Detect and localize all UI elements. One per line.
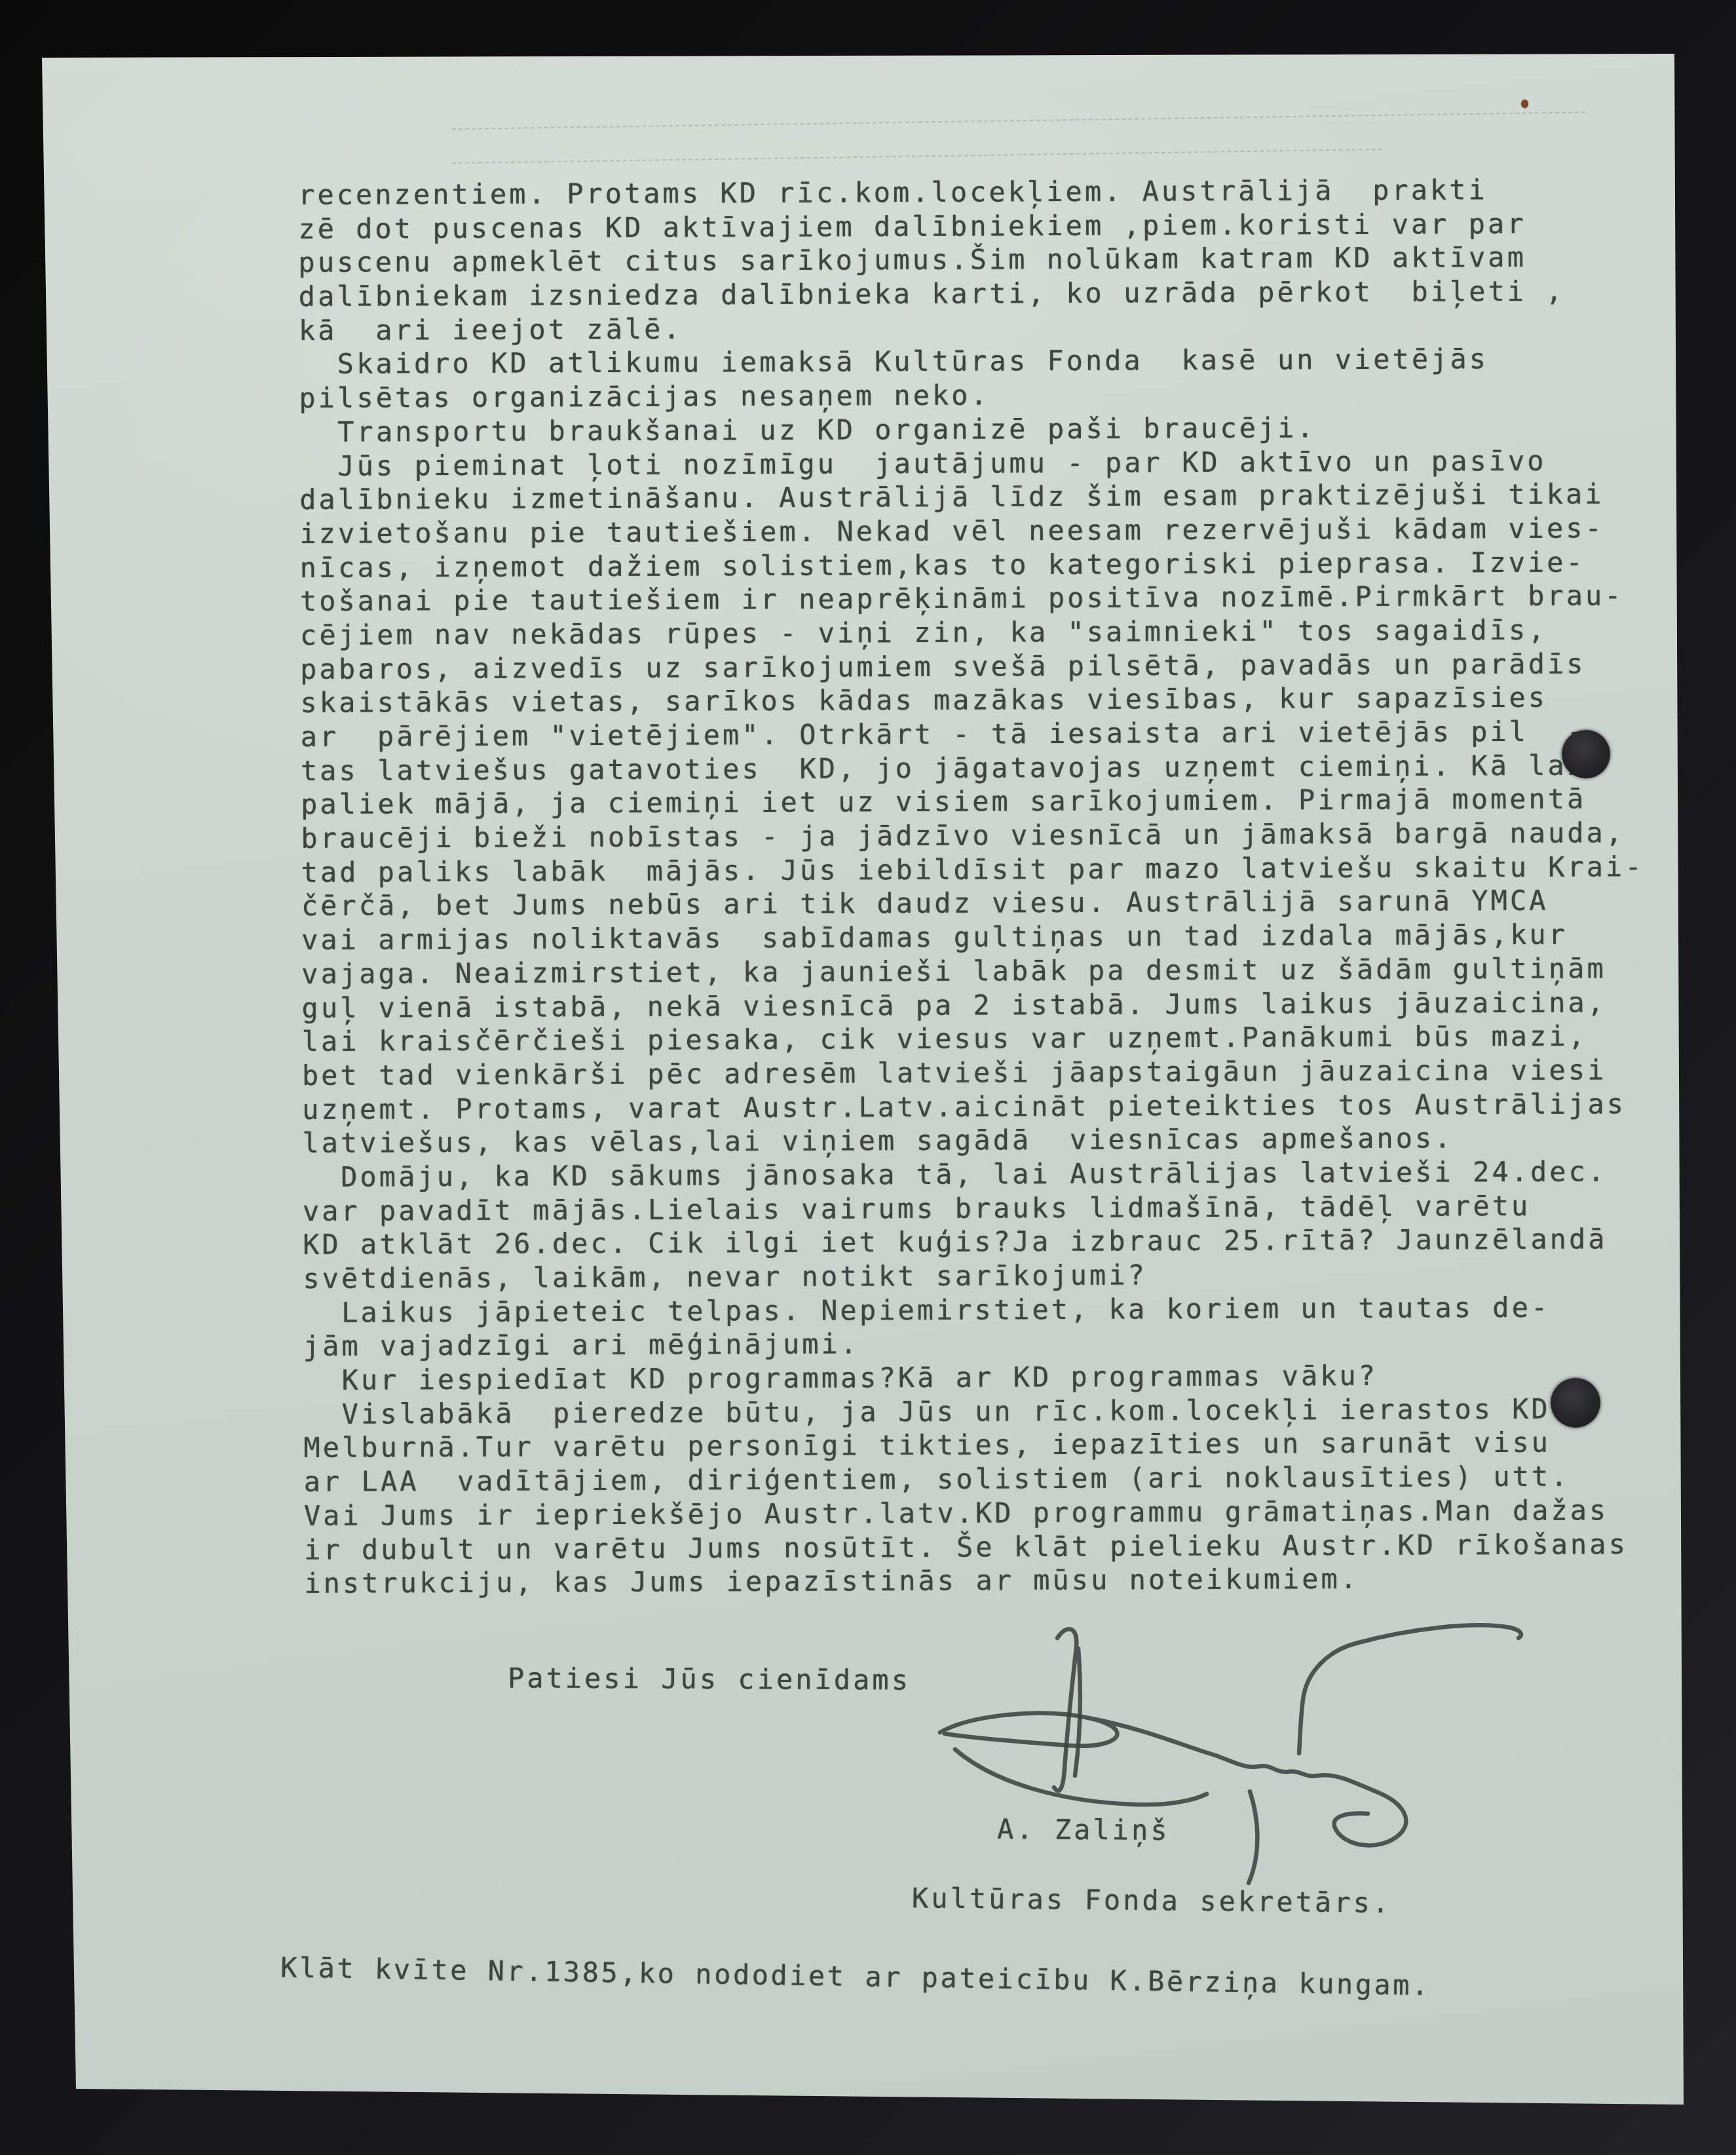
letter-line: skaistākās vietas, sarīkos kādas mazākas… (300, 680, 1689, 720)
letter-line: čērčā, bet Jums nebūs ari tik daudz vies… (301, 883, 1690, 923)
signature-name: A. Zaliņš (997, 1813, 1170, 1846)
letter-line: svētdienās, laikām, nevar notikt sarīkoj… (303, 1256, 1691, 1296)
letter-line: ar LAA vadītājiem, diriģentiem, solistie… (304, 1459, 1693, 1499)
letter-line: braucēji bieži nobīstas - ja jādzīvo vie… (301, 816, 1689, 856)
letter-line: guļ vienā istabā, nekā viesnīcā pa 2 ist… (301, 985, 1690, 1025)
letter-line: Vai Jums ir iepriekšējo Austr.latv.KD pr… (304, 1493, 1693, 1533)
letter-line: vai armijas noliktavās sabīdamas gultiņa… (301, 917, 1690, 957)
punch-hole-top (1562, 730, 1610, 778)
letter-line: Vislabākā pieredze būtu, ja Jūs un rīc.k… (303, 1391, 1692, 1431)
signature-stroke-top-flourish (1299, 1625, 1521, 1753)
letter-line: kā ari ieejot zālē. (299, 307, 1688, 347)
letter-line: recenzentiem. Protams KD rīc.kom.locekļi… (298, 172, 1687, 212)
letter-line: vajaga. Neaizmirstiet, ka jaunieši labāk… (301, 951, 1690, 991)
letter-line: KD atklāt 26.dec. Cik ilgi iet kuģis?Ja … (303, 1222, 1691, 1262)
letter-line: latviešus, kas vēlas,lai viņiem sagādā v… (302, 1120, 1691, 1160)
letter-line: zē dot puscenas KD aktīvajiem dalībnieki… (298, 206, 1687, 246)
letter-line: tošanai pie tautiešiem ir neaprēķināmi p… (300, 579, 1689, 619)
letter-line: instrukciju, kas Jums iepazīstinās ar mū… (304, 1561, 1693, 1601)
letter-line: uzņemt. Protams, varat Austr.Latv.aicinā… (302, 1086, 1691, 1126)
letter-line: puscenu apmeklēt citus sarīkojumus.Šim n… (298, 240, 1687, 280)
letter-line: jām vajadzīgi ari mēģinājumi. (303, 1324, 1692, 1364)
signature-stroke-descender (1249, 1791, 1257, 1883)
handwritten-signature-icon (917, 1597, 1539, 1889)
letter-line: cējiem nav nekādas rūpes - viņi zin, ka … (300, 613, 1689, 653)
faint-rule-line-1 (452, 111, 1585, 130)
letter-line: ir dubult un varētu Jums nosūtīt. Še klā… (304, 1527, 1693, 1567)
letter-line: Jūs pieminat ļoti nozīmīgu jautājumu - p… (299, 443, 1688, 483)
letter-line: izvietošanu pie tautiešiem. Nekad vēl ne… (299, 511, 1688, 551)
rust-spot (1521, 100, 1528, 108)
valediction: Patiesi Jūs cienīdams (508, 1662, 911, 1696)
letter-line: nīcas, izņemot dažiem solistiem,kas to k… (299, 544, 1688, 584)
paper-sheet: recenzentiem. Protams KD rīc.kom.locekļi… (0, 0, 1736, 2155)
punch-hole-bottom (1551, 1378, 1600, 1428)
letter-line: tad paliks labāk mājās. Jūs iebildīsit p… (301, 849, 1690, 889)
letter-line: var pavadīt mājās.Lielais vairums brauks… (303, 1188, 1691, 1228)
letter-line: Domāju, ka KD sākums jānosaka tā, lai Au… (303, 1154, 1691, 1194)
letter-line: tas latviešus gatavoties KD, jo jāgatavo… (301, 748, 1689, 788)
postscript-line: Klāt kvīte Nr.1385,ko nododiet ar pateic… (280, 1951, 1431, 2002)
letter-line: Kur iespiedīat KD programmas?Kā ar KD pr… (303, 1358, 1692, 1398)
letter-line: ar pārējiem "vietējiem". Otrkārt - tā ie… (301, 714, 1689, 754)
letter-line: pabaros, aizvedīs uz sarīkojumiem svešā … (300, 646, 1689, 686)
letter-line: Skaidro KD atlikumu iemaksā Kultūras Fon… (299, 341, 1688, 381)
signature-title: Kultūras Fonda sekretārs. (912, 1882, 1392, 1919)
signature-stroke-lower-sweep (955, 1749, 1207, 1804)
letter-line: dalībnieku izmetināšanu. Austrālijā līdz… (299, 477, 1688, 517)
letter-line: lai kraisčērčieši piesaka, cik viesus va… (302, 1019, 1691, 1059)
letter-line: pilsētas organizācijas nesaņem neko. (299, 375, 1688, 415)
letter-line: paliek mājā, ja ciemiņi iet uz visiem sa… (301, 782, 1689, 822)
letter-body: recenzentiem. Protams KD rīc.kom.locekļi… (298, 172, 1693, 1601)
signature-stroke-tall-loops (1054, 1629, 1080, 1791)
letter-line: bet tad vienkārši pēc adresēm latvieši j… (302, 1053, 1691, 1093)
letter-line: Laikus jāpieteic telpas. Nepiemirstiet, … (303, 1289, 1691, 1329)
letter-line: dalībniekam izsniedza dalībnieka karti, … (299, 274, 1688, 314)
letter-line: Melburnā.Tur varētu personīgi tikties, i… (303, 1425, 1692, 1465)
letter-line: Transportu braukšanai uz KD organizē paš… (299, 410, 1688, 449)
faint-rule-line-2 (452, 149, 1382, 164)
